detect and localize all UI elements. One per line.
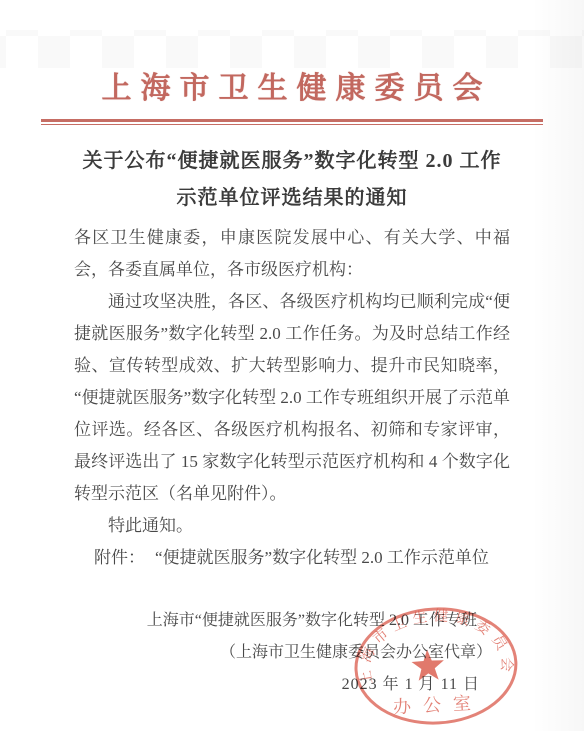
notice-title: 关于公布“便捷就医服务”数字化转型 2.0 工作 示范单位评选结果的通知 [0, 143, 584, 217]
signature-on-behalf: （上海市卫生健康委员会办公室代章） [74, 637, 510, 669]
signature-date: 2023 年 1 月 11 日 [74, 669, 510, 701]
notice-content: 各区卫生健康委，申康医院发展中心、有关大学、中福会，各委直属单位，各市级医疗机构… [74, 222, 510, 701]
signature-issuer: 上海市“便捷就医服务”数字化转型 2.0 工作专班 [74, 605, 510, 637]
closing-line: 特此通知。 [74, 510, 510, 542]
signature-block: 上海市“便捷就医服务”数字化转型 2.0 工作专班 （上海市卫生健康委员会办公室… [74, 605, 510, 701]
header-divider [41, 119, 543, 125]
issuing-org-title: 上海市卫生健康委员会 [0, 0, 584, 106]
salutation: 各区卫生健康委，申康医院发展中心、有关大学、中福会，各委直属单位，各市级医疗机构… [74, 222, 510, 286]
notice-title-line2: 示范单位评选结果的通知 [0, 180, 584, 217]
body-paragraph: 通过攻坚决胜，各区、各级医疗机构均已顺利完成“便捷就医服务”数字化转型 2.0 … [74, 286, 510, 510]
document-page: 上海市卫生健康委员会 关于公布“便捷就医服务”数字化转型 2.0 工作 示范单位… [0, 0, 584, 731]
attachment-line: 附件：“便捷就医服务”数字化转型 2.0 工作示范单位 [74, 542, 510, 574]
attachment-label: 附件： [94, 548, 145, 567]
notice-title-line1: 关于公布“便捷就医服务”数字化转型 2.0 工作 [0, 143, 584, 180]
attachment-text: “便捷就医服务”数字化转型 2.0 工作示范单位 [155, 548, 489, 567]
